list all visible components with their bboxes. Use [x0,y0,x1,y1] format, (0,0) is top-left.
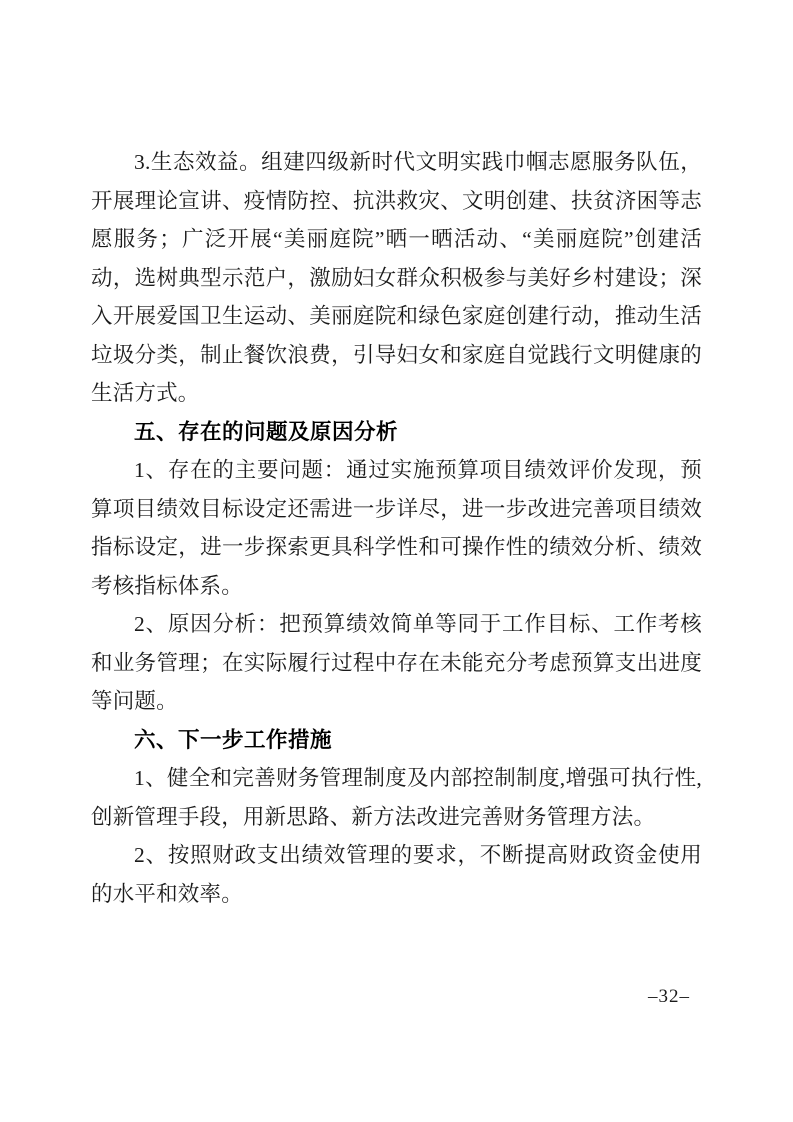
section-heading-next-steps: 六、下一步工作措施 [91,721,702,760]
paragraph-ecological-benefit: 3.生态效益。组建四级新时代文明实践巾帼志愿服务队伍，开展理论宣讲、疫情防控、抗… [91,143,702,413]
paragraph-improve-fund-efficiency: 2、按照财政支出绩效管理的要求，不断提高财政资金使用的水平和效率。 [91,836,702,913]
page-number: –32– [648,985,690,1009]
section-heading-problems-and-causes: 五、存在的问题及原因分析 [91,413,702,452]
paragraph-main-problems: 1、存在的主要问题：通过实施预算项目绩效评价发现，预算项目绩效目标设定还需进一步… [91,451,702,605]
document-page: 3.生态效益。组建四级新时代文明实践巾帼志愿服务队伍，开展理论宣讲、疫情防控、抗… [0,0,793,1122]
paragraph-improve-financial-management: 1、健全和完善财务管理制度及内部控制制度,增强可执行性,创新管理手段，用新思路、… [91,759,702,836]
paragraph-cause-analysis: 2、原因分析：把预算绩效简单等同于工作目标、工作考核和业务管理；在实际履行过程中… [91,605,702,721]
document-body: 3.生态效益。组建四级新时代文明实践巾帼志愿服务队伍，开展理论宣讲、疫情防控、抗… [91,143,702,913]
